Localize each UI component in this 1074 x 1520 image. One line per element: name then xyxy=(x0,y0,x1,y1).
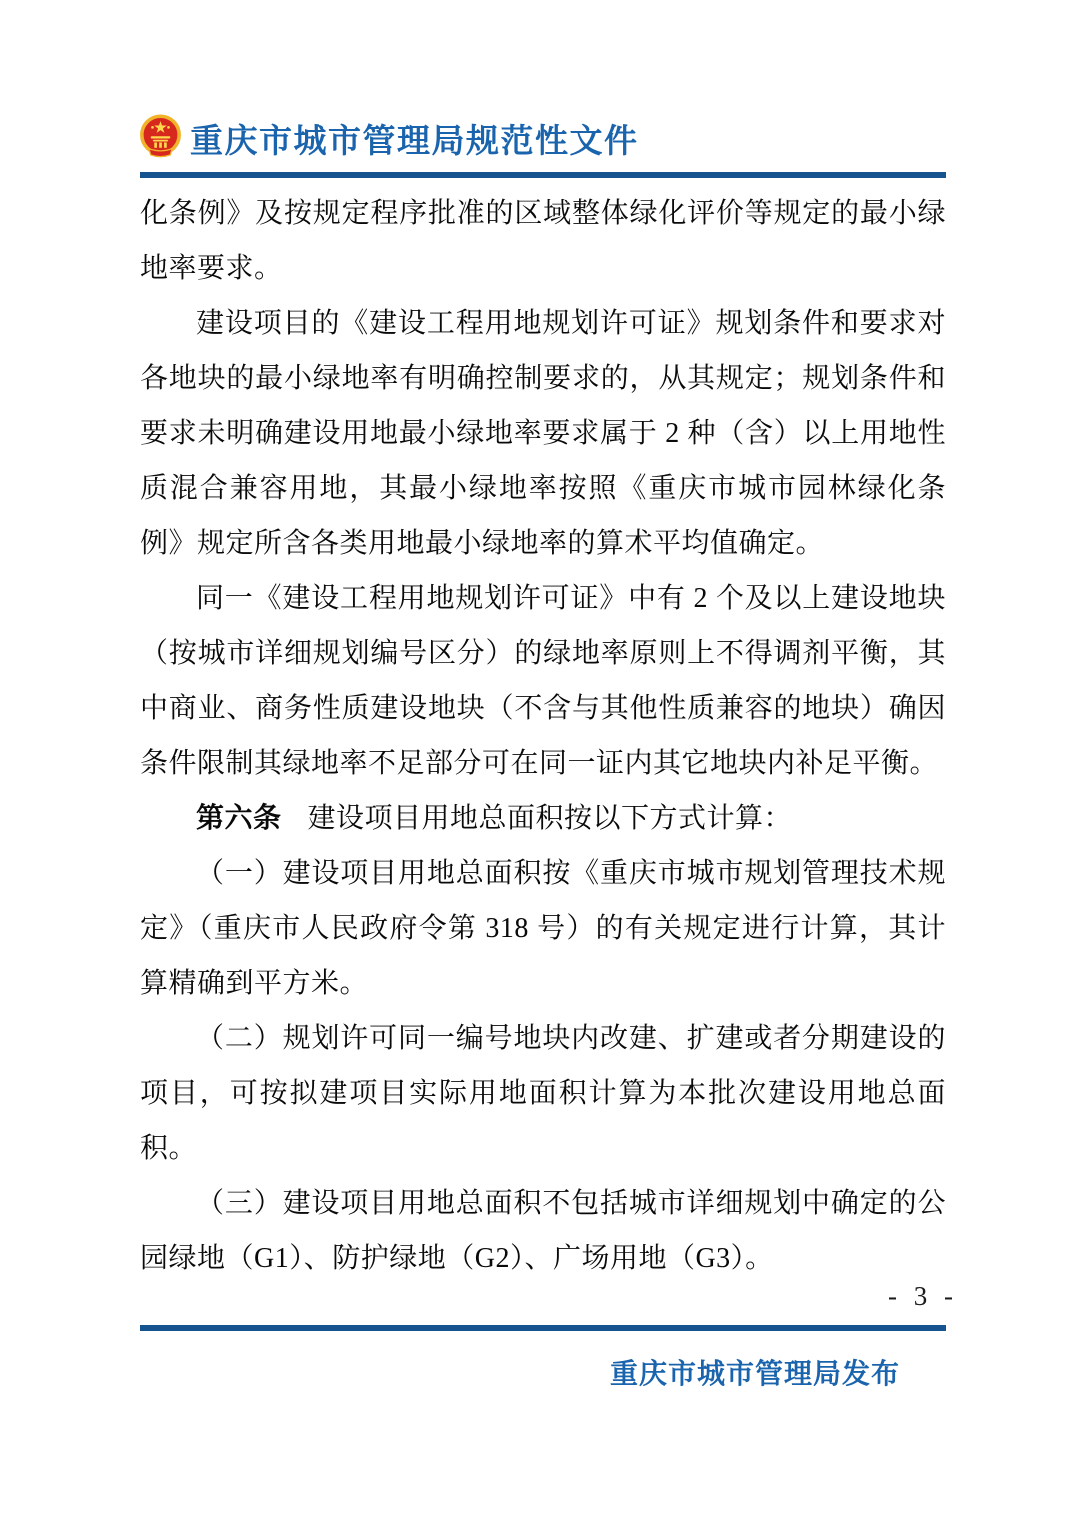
header-title: 重庆市城市管理局规范性文件 xyxy=(190,115,639,162)
paragraph: （三）建设项目用地总面积不包括城市详细规划中确定的公园绿地（G1）、防护绿地（G… xyxy=(140,1176,946,1286)
page-number: - 3 - xyxy=(888,1281,958,1312)
paragraph: 化条例》及按规定程序批准的区域整体绿化评价等规定的最小绿地率要求。 xyxy=(140,186,946,296)
document-body: 化条例》及按规定程序批准的区域整体绿化评价等规定的最小绿地率要求。建设项目的《建… xyxy=(140,186,946,1286)
footer-rule xyxy=(140,1325,946,1331)
document-page: 重庆市城市管理局规范性文件 化条例》及按规定程序批准的区域整体绿化评价等规定的最… xyxy=(0,0,1074,1520)
paragraph: 第六条建设项目用地总面积按以下方式计算： xyxy=(140,791,946,846)
header-rule xyxy=(140,172,946,178)
paragraph: 同一《建设工程用地规划许可证》中有 2 个及以上建设地块（按城市详细规划编号区分… xyxy=(140,571,946,791)
publisher-label: 重庆市城市管理局发布 xyxy=(140,1352,946,1392)
paragraph: （一）建设项目用地总面积按《重庆市城市规划管理技术规定》（重庆市人民政府令第 3… xyxy=(140,846,946,1011)
paragraph: （二）规划许可同一编号地块内改建、扩建或者分期建设的项目，可按拟建项目实际用地面… xyxy=(140,1011,946,1176)
paragraph: 建设项目的《建设工程用地规划许可证》规划条件和要求对各地块的最小绿地率有明确控制… xyxy=(140,296,946,571)
national-emblem-icon xyxy=(138,114,183,162)
article-number-lead: 第六条 xyxy=(196,803,282,834)
header-row: 重庆市城市管理局规范性文件 xyxy=(138,114,639,162)
